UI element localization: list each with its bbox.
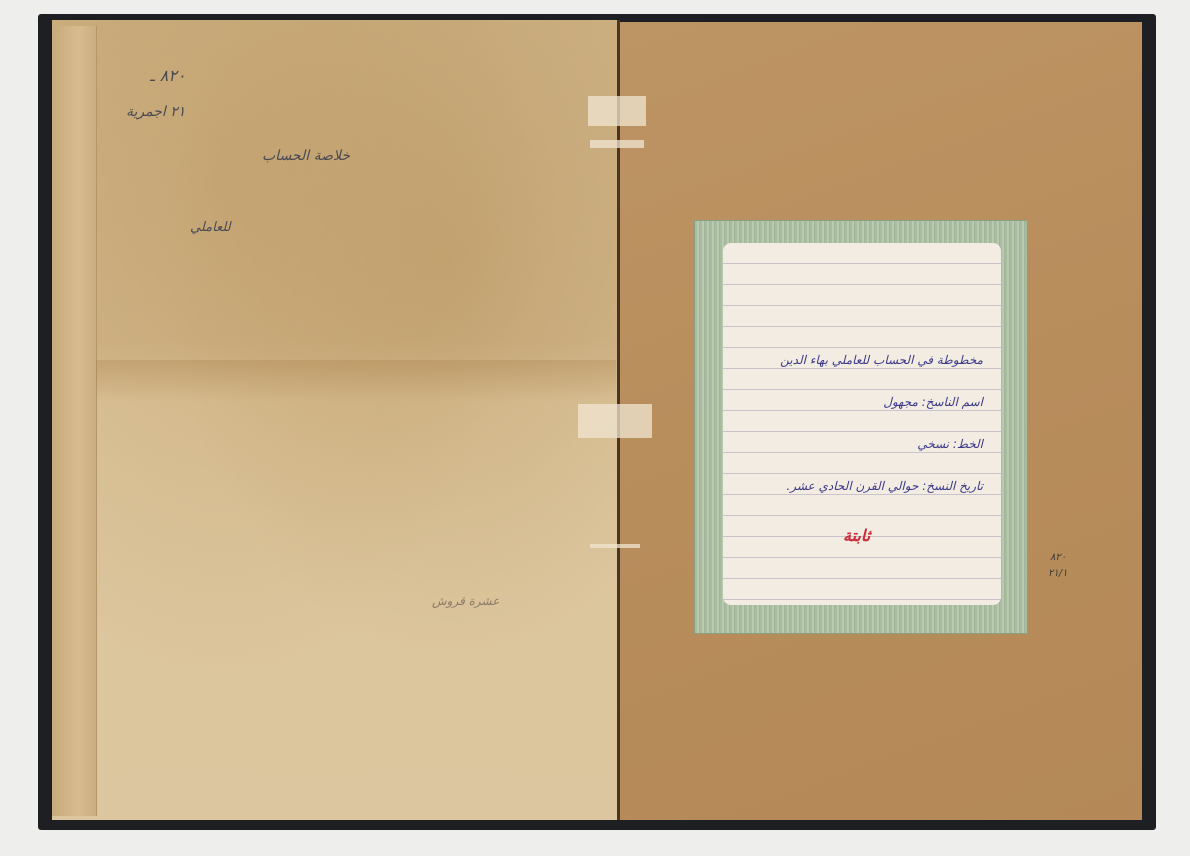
- binding-tape: [590, 544, 640, 548]
- author-note: للعاملي: [190, 220, 231, 235]
- left-flyleaf-page: [52, 20, 620, 820]
- lower-note: عشرة قروش: [432, 594, 499, 608]
- title-note: خلاصة الحساب: [262, 148, 350, 164]
- card-paper: مخطوطة في الحساب للعاملي بهاء الدين اسم …: [723, 243, 1001, 605]
- card-line-title: مخطوطة في الحساب للعاملي بهاء الدين: [780, 353, 983, 367]
- binding-tape: [588, 96, 646, 126]
- card-line-copyist: اسم الناسخ: مجهول: [883, 395, 983, 409]
- binding-tape: [578, 404, 652, 438]
- binding-tape: [590, 140, 644, 148]
- card-red-mark: ثابتة: [843, 526, 870, 545]
- corner-annotation-top: ٨٢٠: [1050, 552, 1066, 563]
- card-line-date: تاريخ النسخ: حوالي القرن الحادي عشر.: [786, 479, 983, 493]
- catalog-card: مخطوطة في الحساب للعاملي بهاء الدين اسم …: [694, 220, 1028, 634]
- water-stain: [96, 360, 616, 400]
- card-line-script: الخط: نسخي: [917, 437, 983, 451]
- shelfmark-number: ٨٢٠ ـ: [150, 66, 186, 85]
- shelfmark-label: ٢١ اجمرية: [126, 104, 185, 120]
- page-edges: [52, 26, 97, 816]
- corner-annotation-bottom: ٢١/١: [1048, 568, 1067, 579]
